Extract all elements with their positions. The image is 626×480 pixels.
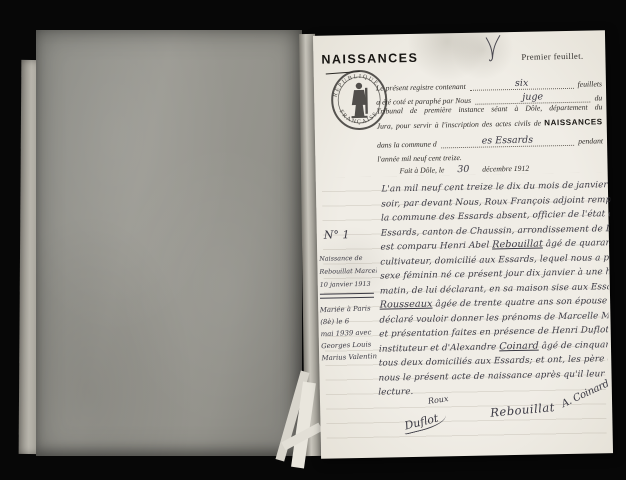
folio-label: Premier feuillet. — [521, 51, 583, 62]
signature-officer: Roux — [427, 394, 449, 406]
handwritten-birth-act: L'an mil neuf cent treize le dix du mois… — [378, 178, 610, 400]
page-title: NAISSANCES — [321, 51, 418, 67]
handwritten-fill: six — [470, 77, 574, 91]
margin-act-number: N° 1 — [324, 228, 350, 241]
signature-father: Rebouillat — [490, 400, 556, 420]
register-page: NAISSANCES Premier feuillet. RÉPUBLIQUE — [313, 30, 613, 459]
left-blank-cover-page — [36, 30, 302, 456]
printed-register-statement: Le présent registre contenant six feuill… — [376, 74, 604, 179]
register-scan: NAISSANCES Premier feuillet. RÉPUBLIQUE — [0, 0, 626, 480]
margin-double-rule — [320, 293, 374, 299]
naissances-inline-title: NAISSANCES — [544, 117, 603, 127]
margin-record-reference: Naissance de Rebouillat Marcelle 10 janv… — [319, 252, 377, 292]
handwritten-day: 30 — [450, 164, 476, 175]
dateline: Fait à Dôle, le 30 décembre 1912 — [399, 161, 603, 179]
handwritten-fill: es Essards — [440, 134, 574, 149]
signature-witness-1: Duflot — [401, 410, 448, 435]
handwritten-paraph-icon — [483, 34, 504, 62]
marriage-margin-note: Mariée à Paris (8è) le 6 mai 1939 avec G… — [320, 302, 380, 364]
